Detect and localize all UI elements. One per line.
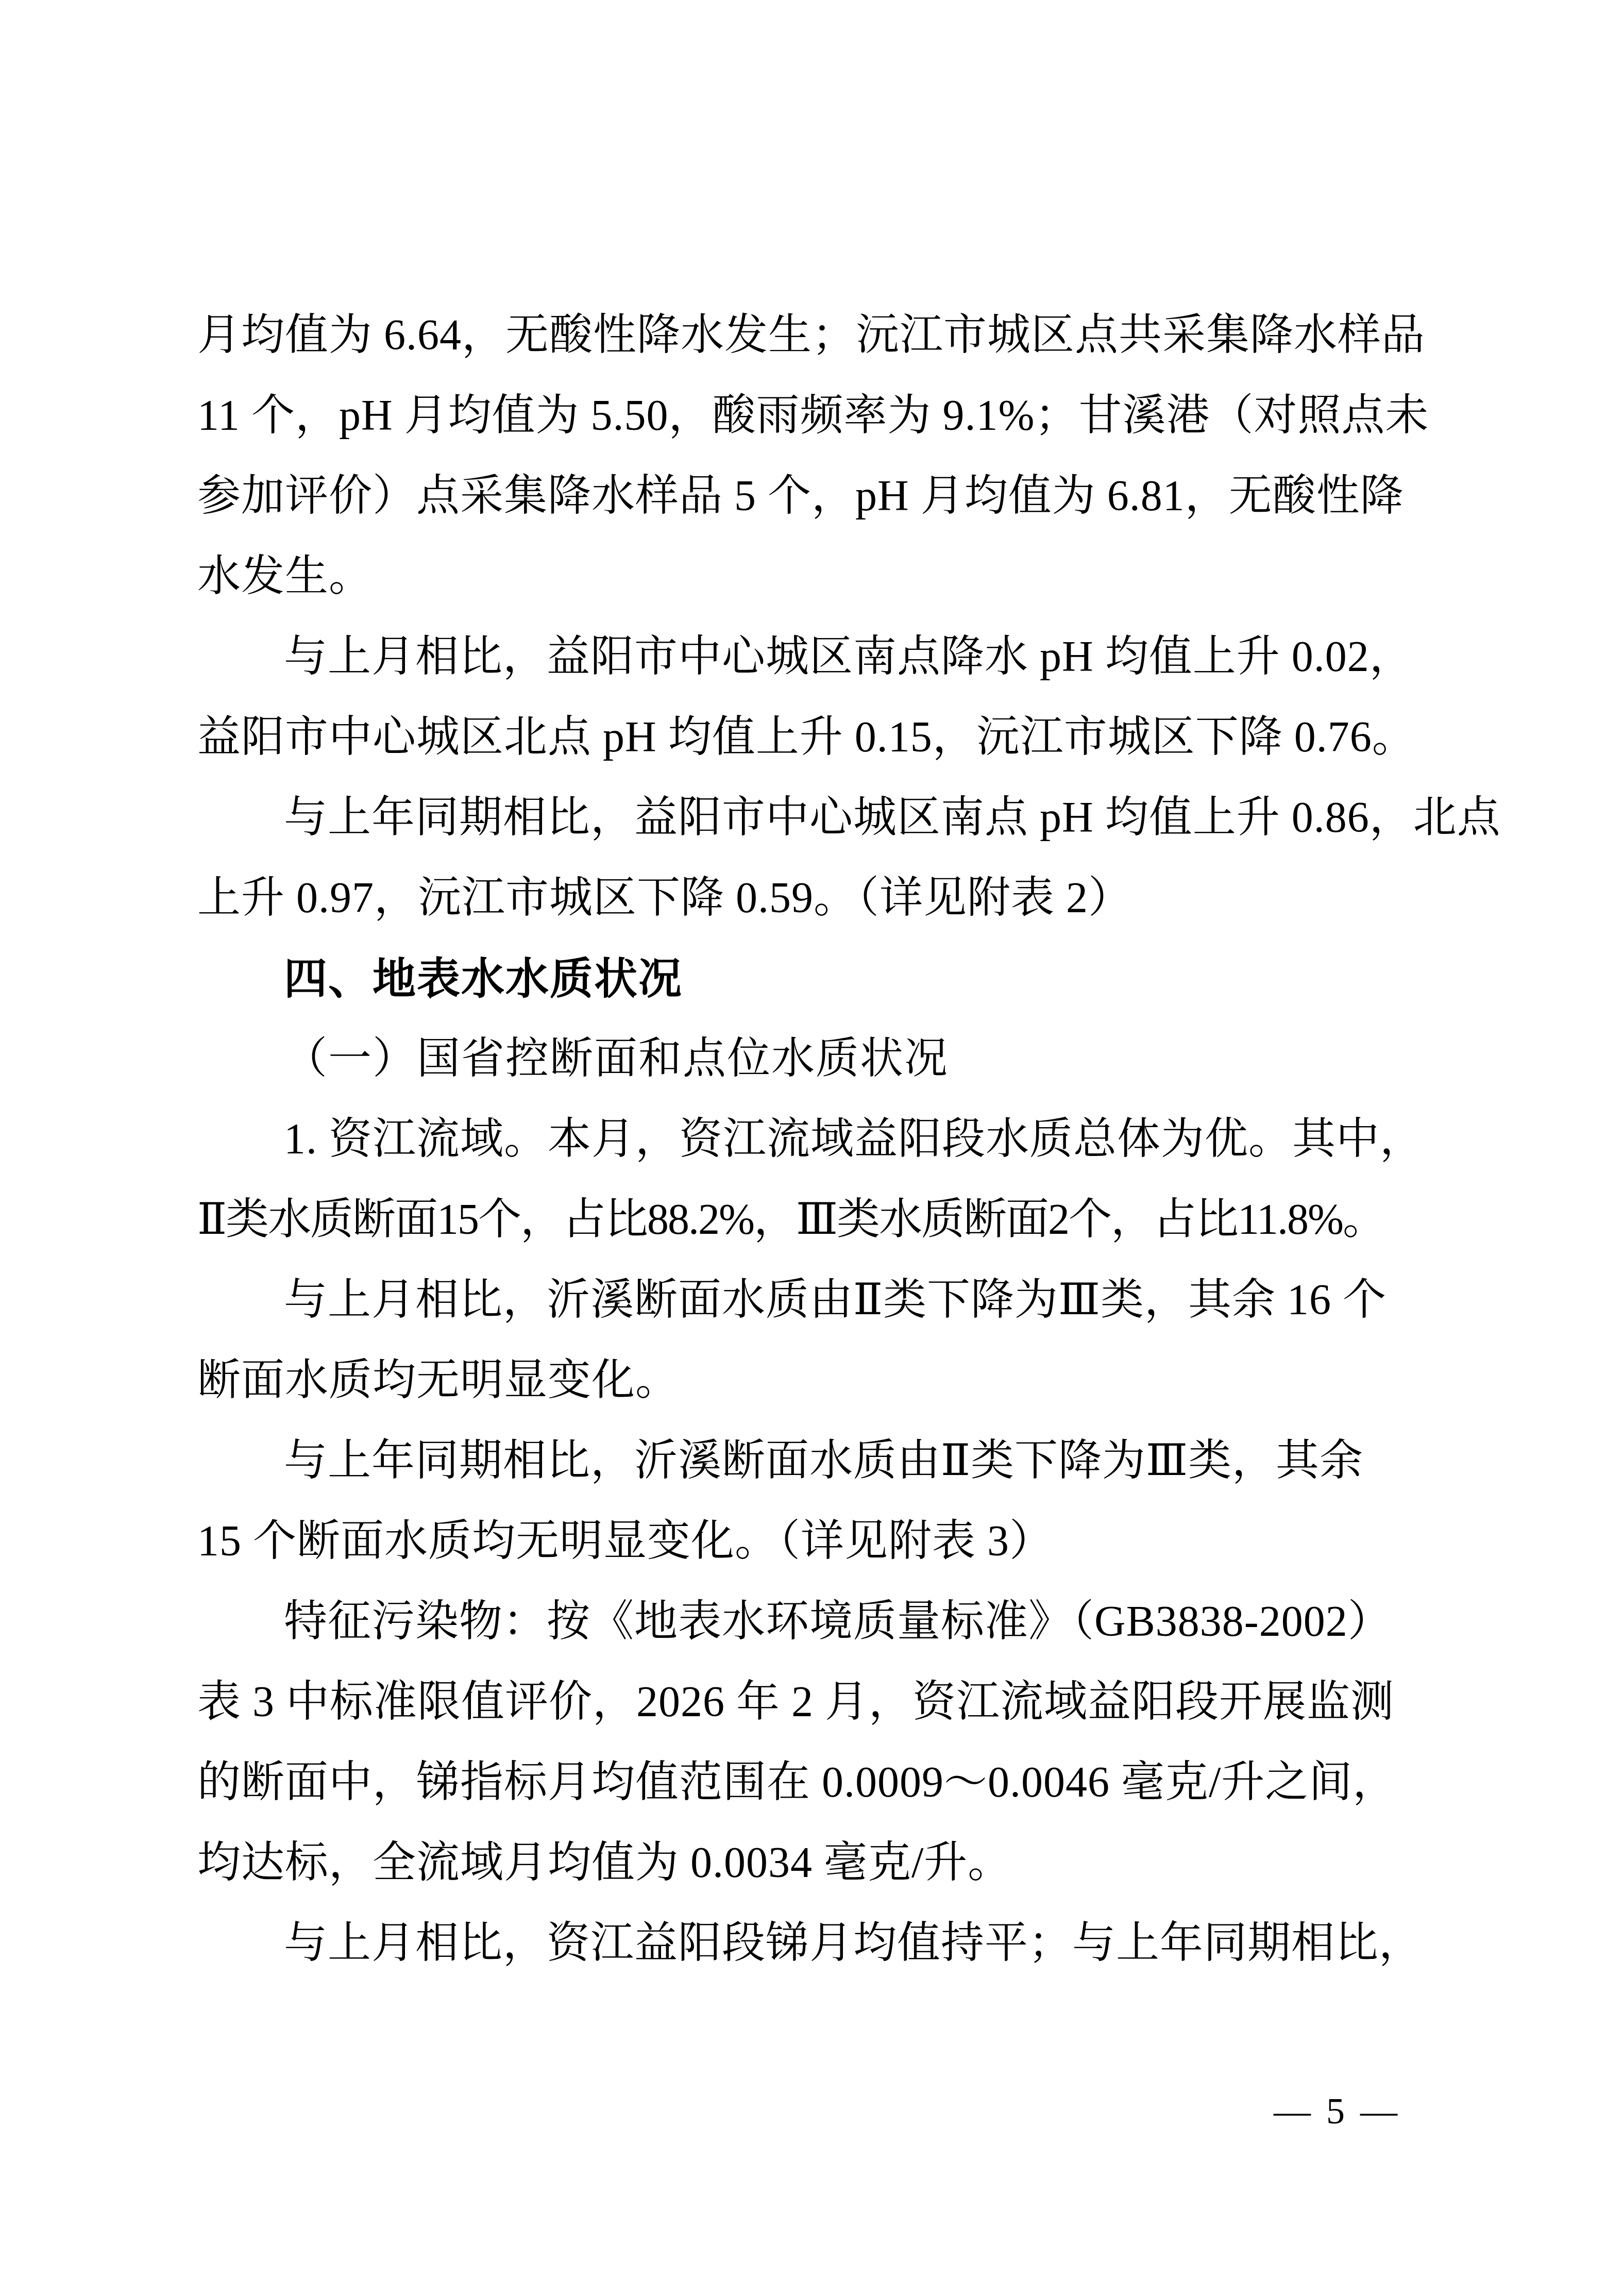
subsection-heading: （一）国省控断面和点位水质状况 [197, 1019, 1455, 1099]
document-page: 月均值为 6.64，无酸性降水发生；沅江市城区点共采集降水样品 11 个，pH … [0, 0, 1623, 2296]
text-line: 均达标，全流域月均值为 0.0034 毫克/升。 [197, 1823, 1455, 1903]
text-line: 与上年同期相比，益阳市中心城区南点 pH 均值上升 0.86，北点 [197, 778, 1455, 858]
text-line: 特征污染物：按《地表水环境质量标准》（GB3838-2002） [197, 1582, 1455, 1662]
text-line: 参加评价）点采集降水样品 5 个，pH 月均值为 6.81，无酸性降 [197, 456, 1455, 537]
text-line: 与上月相比，资江益阳段锑月均值持平；与上年同期相比， [197, 1903, 1455, 1984]
text-line: 水发生。 [197, 537, 1455, 617]
text-line: Ⅱ类水质断面15个，占比88.2%，Ⅲ类水质断面2个，占比11.8%。 [197, 1180, 1455, 1260]
text-line: 与上年同期相比，沂溪断面水质由Ⅱ类下降为Ⅲ类，其余 [197, 1421, 1455, 1501]
text-line: 表 3 中标准限值评价，2026 年 2 月，资江流域益阳段开展监测 [197, 1662, 1455, 1742]
text-line: 益阳市中心城区北点 pH 均值上升 0.15，沅江市城区下降 0.76。 [197, 697, 1455, 778]
text-line: 11 个，pH 月均值为 5.50，酸雨频率为 9.1%；甘溪港（对照点未 [197, 376, 1455, 456]
text-block: 月均值为 6.64，无酸性降水发生；沅江市城区点共采集降水样品 11 个，pH … [197, 295, 1455, 1984]
page-number: — 5 — [1274, 2090, 1400, 2132]
text-line: 与上月相比，益阳市中心城区南点降水 pH 均值上升 0.02， [197, 617, 1455, 697]
text-line: 的断面中，锑指标月均值范围在 0.0009～0.0046 毫克/升之间， [197, 1742, 1455, 1823]
text-line: 1. 资江流域。本月，资江流域益阳段水质总体为优。其中， [197, 1099, 1455, 1180]
text-line: 15 个断面水质均无明显变化。（详见附表 3） [197, 1501, 1455, 1582]
section-heading: 四、地表水水质状况 [197, 938, 1455, 1019]
text-line: 上升 0.97，沅江市城区下降 0.59。（详见附表 2） [197, 858, 1455, 938]
text-line: 与上月相比，沂溪断面水质由Ⅱ类下降为Ⅲ类，其余 16 个 [197, 1260, 1455, 1340]
text-line: 断面水质均无明显变化。 [197, 1340, 1455, 1421]
text-line: 月均值为 6.64，无酸性降水发生；沅江市城区点共采集降水样品 [197, 295, 1455, 376]
